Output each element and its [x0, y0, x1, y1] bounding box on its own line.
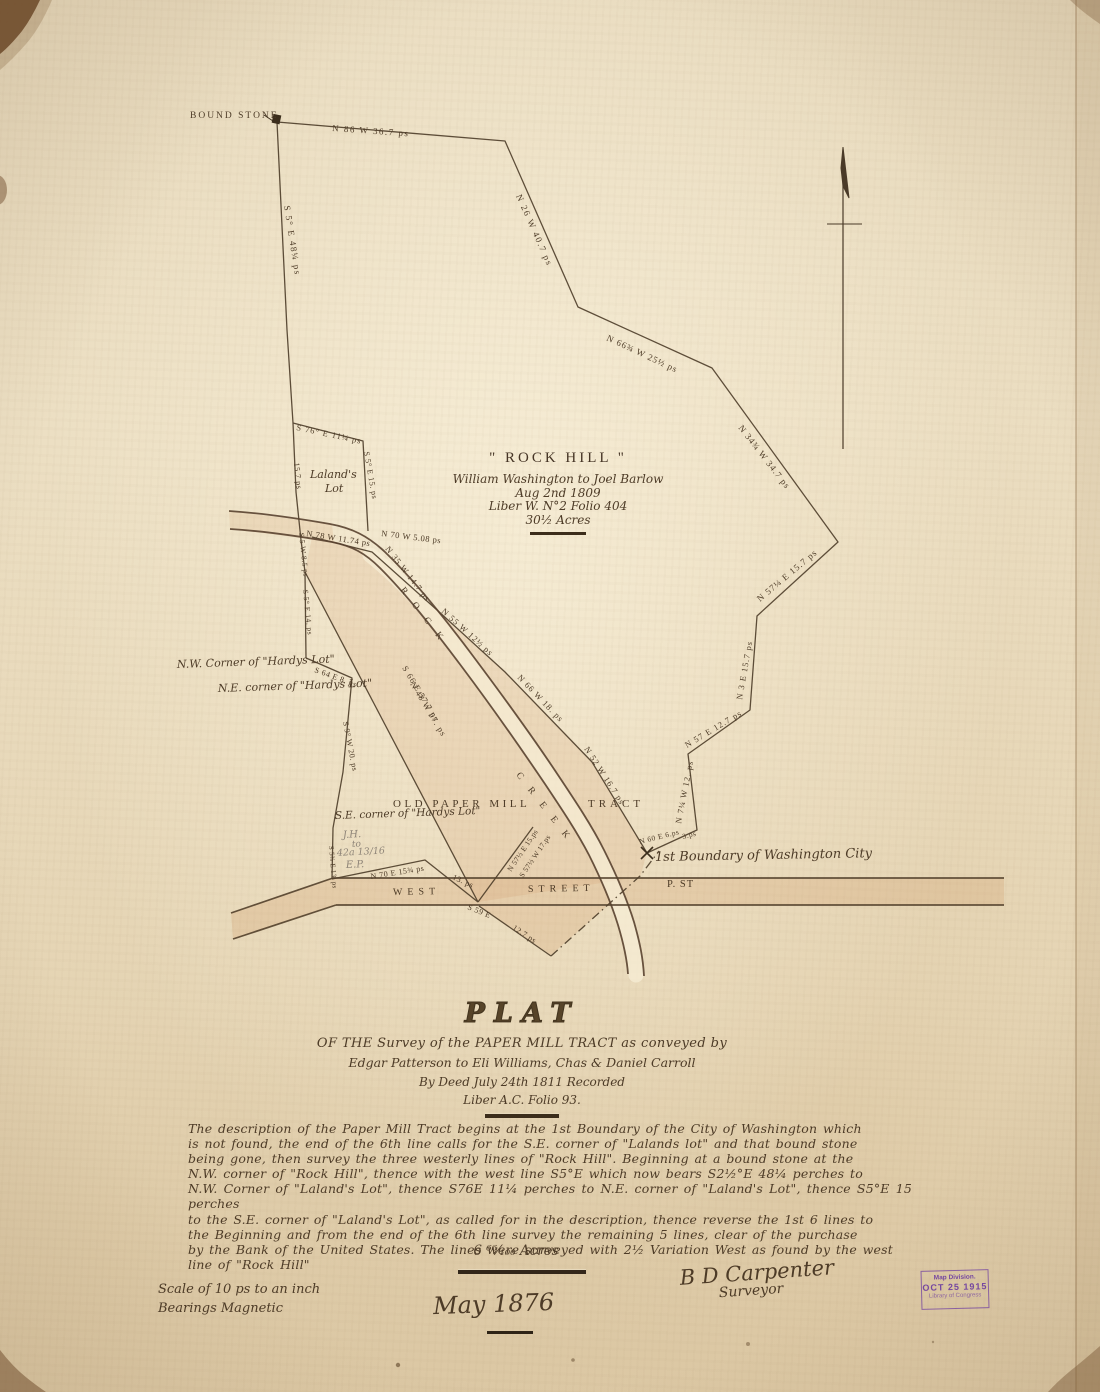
rock-hill-liber: Liber W. N°2 Folio 404: [428, 500, 688, 514]
speck-3: [746, 1342, 750, 1346]
bearing-n86w: N 86 W 36.7 ps: [332, 123, 410, 138]
bearing-n66-34w: N 66¾ W 25½ ps: [605, 333, 679, 375]
nw-corner-hardys: N.W. Corner of "Hardys Lot": [176, 652, 335, 671]
plat-subtitle-3: By Deed July 24th 1811 Recorded: [282, 1075, 762, 1089]
description-line: N.W. Corner of "Laland's Lot", thence S7…: [188, 1181, 912, 1211]
bearing-n60e: N 60 E 6.ps: [638, 827, 680, 846]
description-line: N.W. corner of "Rock Hill", thence with …: [188, 1166, 912, 1181]
description-line: the Beginning and from the end of the 6t…: [188, 1227, 912, 1242]
bearing-s5w85: S 5 W 8.5 ps: [297, 532, 311, 577]
rock-hill-title: " ROCK HILL ": [428, 450, 688, 467]
description-line: The description of the Paper Mill Tract …: [188, 1121, 912, 1136]
plat-subtitle-4: Liber A.C. Folio 93.: [282, 1093, 762, 1107]
bearing-n26w: N 26 W 40.7 ps: [514, 193, 555, 268]
bearings-note: Bearings Magnetic: [158, 1299, 378, 1318]
acreage-note: 6 ⁶⁶⁄₁₀₀ Acres: [400, 1243, 632, 1259]
plat-title-block: PLAT OF THE Survey of the PAPER MILL TRA…: [282, 998, 762, 1118]
description-line: is not found, the end of the 6th line ca…: [188, 1136, 912, 1151]
corner-stain-top-left-halo: [0, 0, 52, 70]
corner-stain-bottom-left: [0, 1350, 46, 1392]
plat-title: PLAT: [282, 998, 762, 1029]
bearing-n57-14e: N 57¼ E 15.7 ps: [755, 547, 819, 603]
bearing-s5e14: S 5° E 14. ps: [301, 589, 315, 635]
survey-date: May 1876: [433, 1288, 555, 1320]
plat-underline: [485, 1113, 559, 1118]
street-name-street: STREET: [528, 883, 595, 895]
bearing-s5e48: S 5° E 48¼ ps: [282, 205, 303, 277]
p-st-label: P. ST: [667, 879, 694, 890]
pencil-note-ep: E.P.: [345, 859, 365, 871]
lalands-west-length: 15.7 ps: [292, 462, 304, 489]
bound-stone-label: BOUND STONE: [190, 111, 279, 121]
scale-note: Scale of 10 ps to an inch: [158, 1280, 378, 1299]
plat-map-sheet: BOUND STONEN 86 W 36.7 psN 26 W 40.7 psN…: [0, 0, 1100, 1392]
first-boundary-note: 1st Boundary of Washington City: [655, 846, 873, 865]
acreage-underline: [458, 1269, 586, 1274]
lalands-lot-name-1: Laland's: [309, 468, 357, 481]
plat-subtitle-1: OF THE Survey of the PAPER MILL TRACT as…: [282, 1036, 762, 1051]
rock-hill-acreage: 30½ Acres: [428, 514, 688, 528]
speck-2: [571, 1358, 575, 1362]
bearing-n57e: N 57 E 12.7 ps: [683, 708, 744, 750]
bearing-n34-34w: N 34¾ W 34.7 ps: [736, 423, 792, 491]
west-boundary-line: [277, 122, 306, 658]
rock-hill-underline: [530, 532, 586, 535]
rock-hill-conveyance: William Washington to Joel Barlow: [428, 473, 688, 487]
scale-block: Scale of 10 ps to an inch Bearings Magne…: [158, 1280, 378, 1318]
triangle-below-street-shade: [479, 906, 607, 955]
bearing-3ps: 3.ps: [681, 829, 697, 841]
library-stamp: Map Division. OCT 25 1915 Library of Con…: [921, 1269, 990, 1310]
description-line: to the S.E. corner of "Laland's Lot", as…: [188, 1212, 912, 1227]
tract-label: TRACT: [588, 798, 644, 810]
stamp-date: OCT 25 1915: [922, 1281, 988, 1293]
paper-edge-right-strip: [1076, 0, 1100, 1392]
lalands-lot-name-2: Lot: [324, 482, 344, 495]
speck-1: [396, 1363, 400, 1367]
north-arrow-head: [841, 147, 849, 198]
description-line: being gone, then survey the three wester…: [188, 1151, 912, 1166]
pencil-note-fraction: 42a 13/16: [336, 845, 386, 859]
speck-4: [932, 1341, 934, 1343]
edge-stain-left: [0, 175, 7, 205]
rock-hill-title-block: " ROCK HILL " William Washington to Joel…: [428, 450, 688, 535]
rock-hill-date: Aug 2nd 1809: [428, 487, 688, 501]
date-underline: [487, 1331, 533, 1334]
bearing-s76e: S 76° E 11¼ ps: [296, 422, 363, 446]
plat-subtitle-2: Edgar Patterson to Eli Williams, Chas & …: [282, 1055, 762, 1070]
street-name-west: WEST: [393, 886, 440, 898]
street-left-shade: [231, 878, 336, 939]
north-arrow: [827, 147, 862, 449]
stamp-library: Library of Congress: [922, 1292, 988, 1300]
